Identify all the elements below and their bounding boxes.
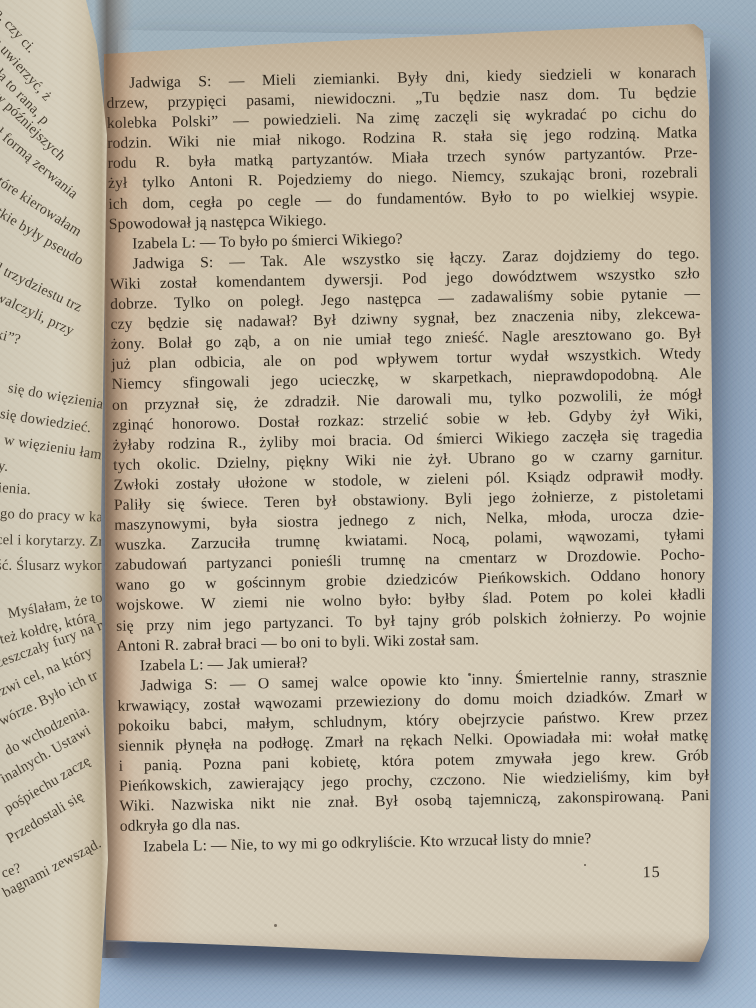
- page-text-block: Jadwiga S: — Mieli ziemianki. Były dni, …: [106, 63, 710, 857]
- book-left-page: ja, czy ci.m uwierzyć, żyła to rana, pw …: [0, 0, 118, 1008]
- left-page-text-fragment: ienia.: [0, 480, 32, 499]
- book-right-page: Jadwiga S: — Mieli ziemianki. Były dni, …: [96, 18, 724, 978]
- left-page-text-fragment: ki”?: [0, 326, 22, 349]
- open-book-photo: Jadwiga S: — Mieli ziemianki. Były dni, …: [0, 0, 756, 1008]
- paper-speck: [526, 116, 529, 119]
- left-page-text-fragment: cel i korytarzy. Zrob: [0, 532, 119, 551]
- paper-speck: [584, 864, 586, 866]
- left-page-text-fragment: go do pracy w kam: [0, 506, 115, 527]
- left-page-text-fragment: y.: [0, 458, 9, 476]
- paper-speck: [468, 673, 471, 676]
- page-number: 15: [643, 864, 661, 882]
- paper-speck: [274, 924, 277, 927]
- left-page-text-fragment: ść. Ślusarz wykonał: [0, 558, 115, 575]
